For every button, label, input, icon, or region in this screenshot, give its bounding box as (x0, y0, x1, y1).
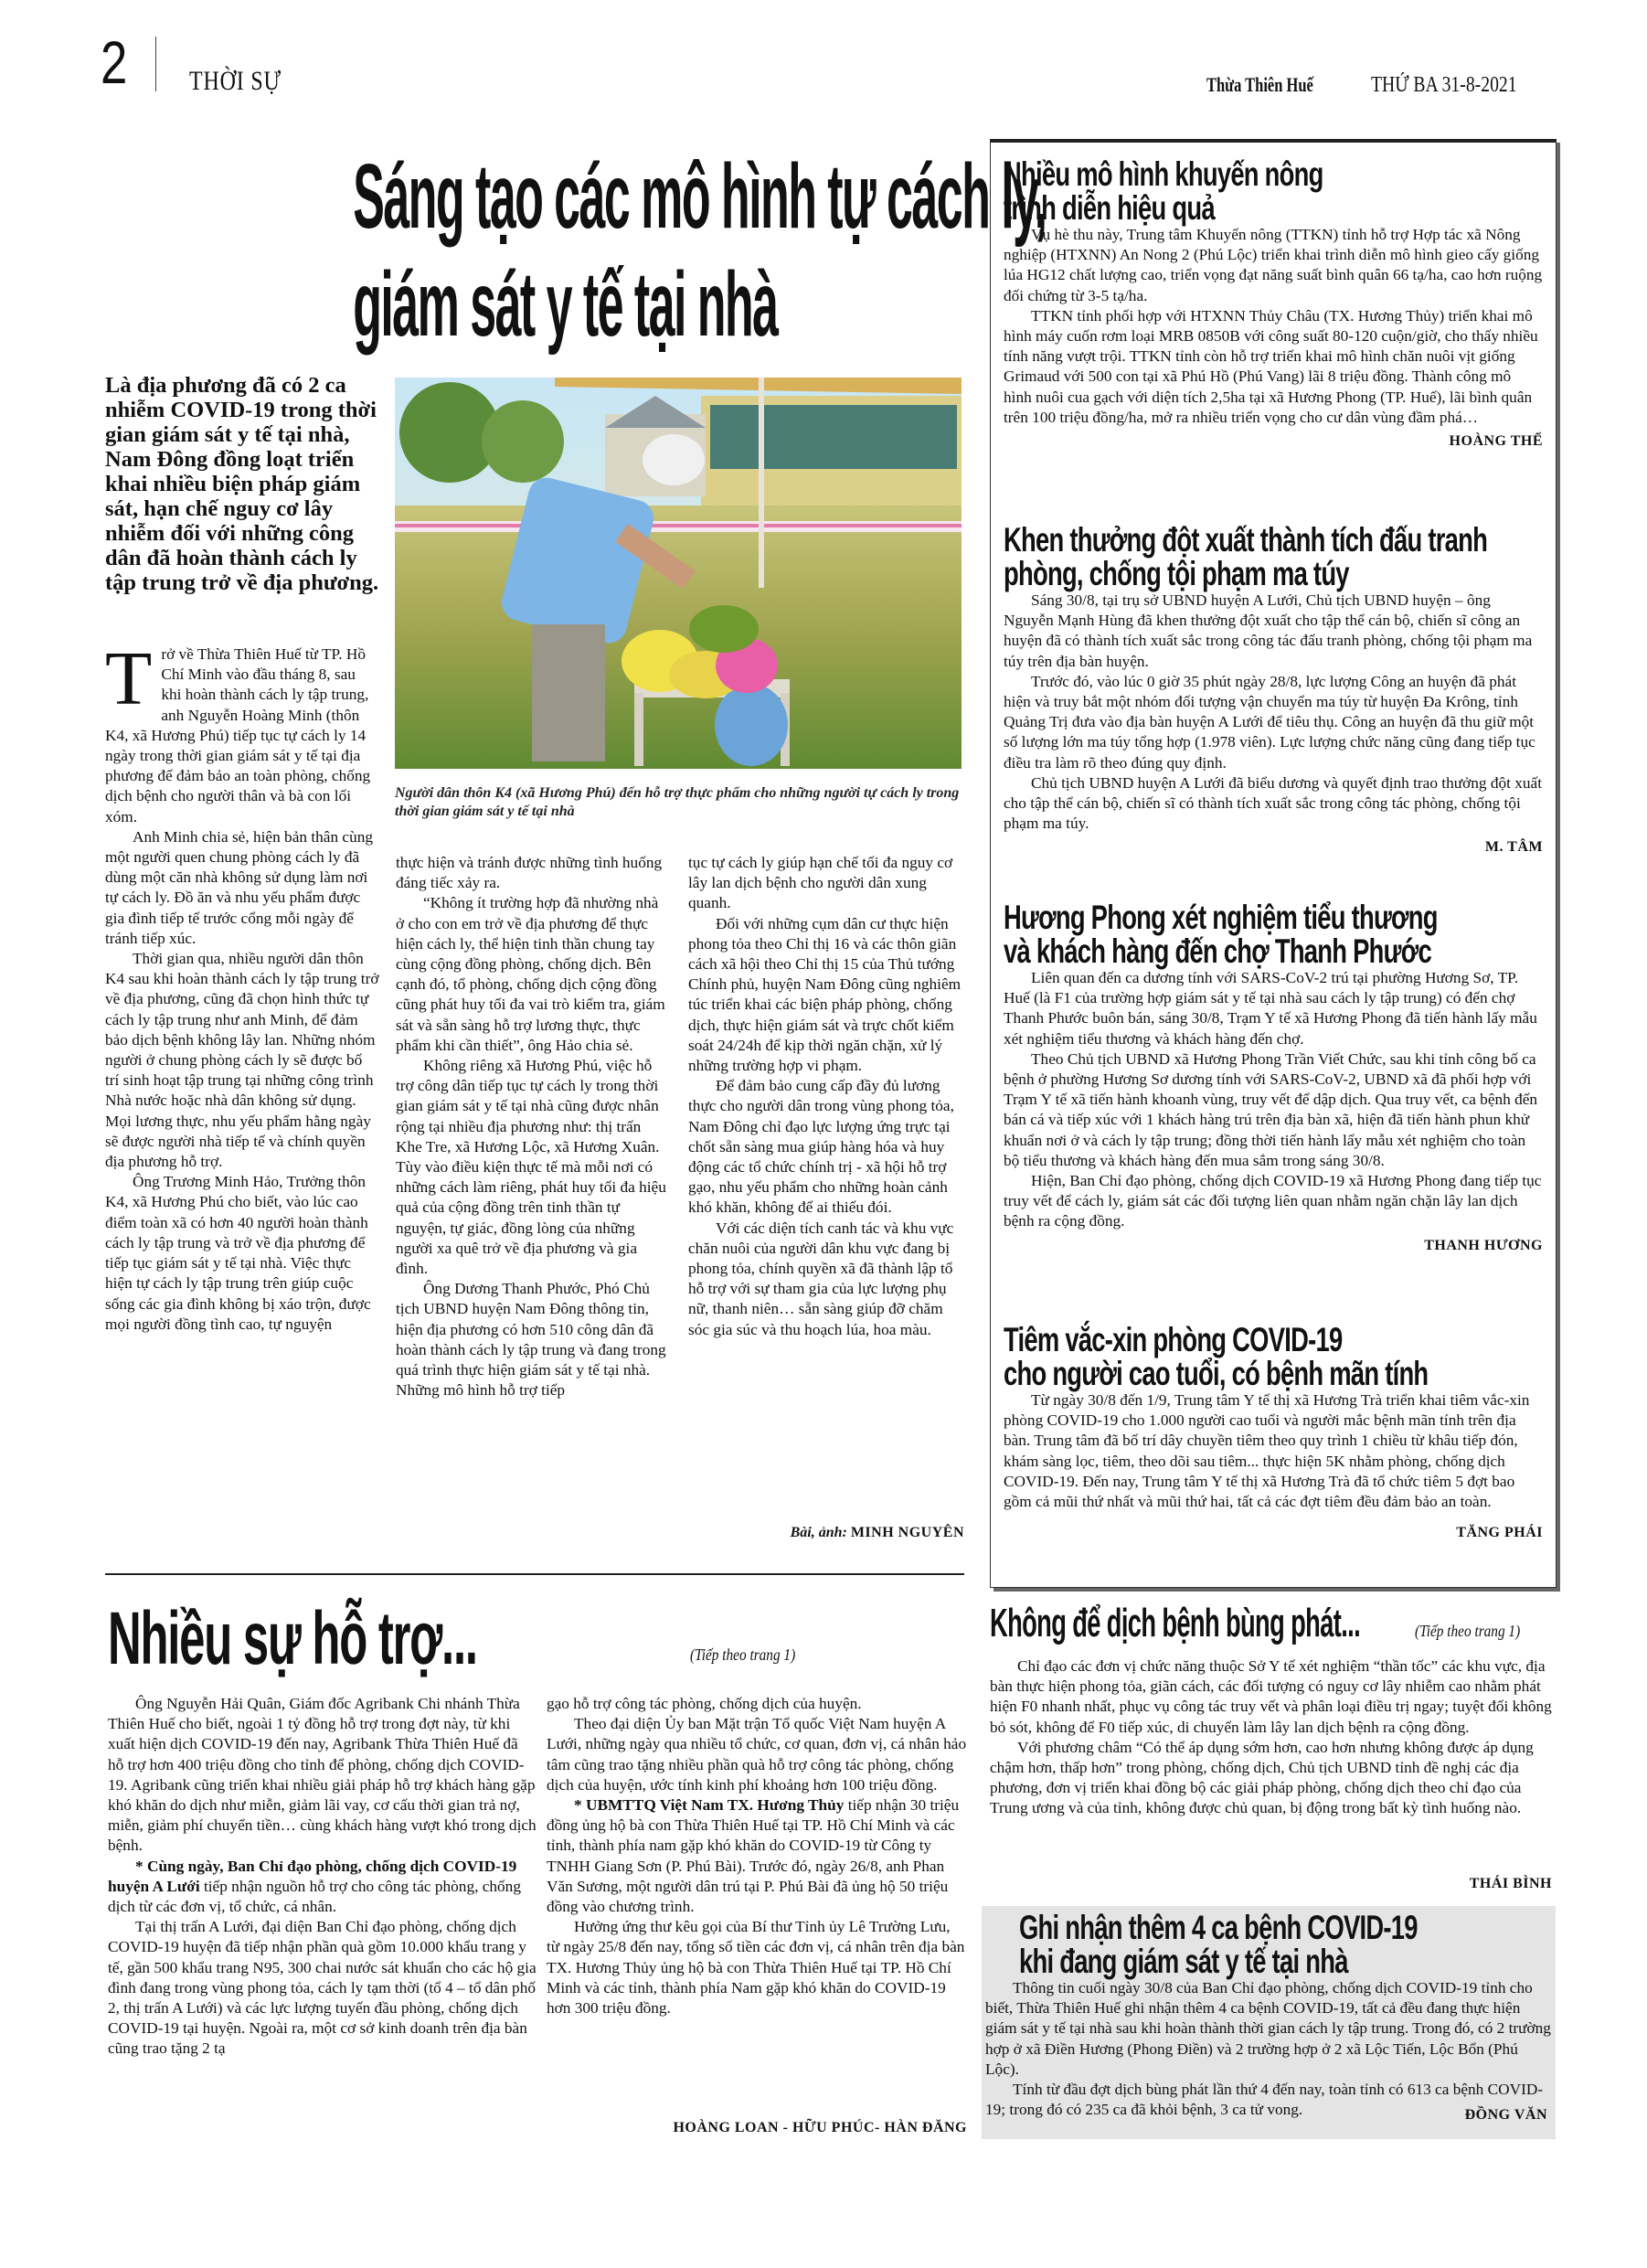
article-column-1: Trở về Thừa Thiên Huế từ TP. Hồ Chí Minh… (105, 644, 379, 1335)
article-paragraph: gạo hỗ trợ công tác phòng, chống dịch củ… (547, 1694, 967, 1714)
brief-body: Vụ hè thu này, Trung tâm Khuyến nông (TT… (1004, 225, 1543, 428)
bold-lead: * UBMTTQ Việt Nam TX. Hương Thủy (574, 1796, 844, 1814)
brief-paragraph: TTKN tỉnh phối hợp với HTXNN Thủy Châu (… (1004, 306, 1543, 428)
continued-headline: Nhiều sự hỗ trợ... (108, 1602, 477, 1677)
continued-column-1: Ông Nguyễn Hải Quân, Giám đốc Agribank C… (108, 1694, 537, 2060)
article-column-3: tục tự cách ly giúp hạn chế tối đa nguy … (688, 853, 962, 1340)
main-headline-line1: Sáng tạo các mô hình tự cách ly, (353, 151, 771, 242)
article-paragraph: tục tự cách ly giúp hạn chế tối đa nguy … (688, 853, 962, 914)
highlight-headline: Ghi nhận thêm 4 ca bệnh COVID-19 khi đan… (1019, 1911, 1418, 1978)
brief-body: Liên quan đến ca dương tính với SARS-CoV… (1004, 968, 1543, 1232)
article-paragraph: Theo đại diện Ủy ban Mặt trận Tổ quốc Vi… (547, 1714, 967, 1795)
brief-paragraph: Liên quan đến ca dương tính với SARS-CoV… (1004, 968, 1543, 1049)
article-photo (395, 378, 962, 769)
brief-paragraph: Chủ tịch UBND huyện A Lưới đã biểu dương… (1004, 773, 1543, 835)
article-paragraph: Thông tin cuối ngày 30/8 của Ban Chỉ đạo… (985, 1978, 1552, 2080)
article-paragraph: Đối với những cụm dân cư thực hiện phong… (688, 914, 962, 1077)
article-paragraph: Ông Trương Minh Hảo, Trưởng thôn K4, xã … (105, 1172, 379, 1335)
brief-headline: Tiêm vắc-xin phòng COVID-19 cho người ca… (1004, 1323, 1403, 1390)
headline-line: Nhiều mô hình khuyến nông (1004, 157, 1403, 191)
drop-cap: T (105, 644, 161, 708)
continued-body-2: Chỉ đạo các đơn vị chức năng thuộc Sở Y … (990, 1656, 1558, 1819)
article-paragraph: * UBMTTQ Việt Nam TX. Hương Thủy tiếp nh… (547, 1795, 967, 1917)
header-divider (155, 37, 156, 91)
brief-paragraph: Trước đó, vào lúc 0 giờ 35 phút ngày 28/… (1004, 672, 1543, 773)
brief-paragraph: Theo Chủ tịch UBND xã Hương Phong Trần V… (1004, 1049, 1543, 1171)
continued-byline: HOÀNG LOAN - HỮU PHÚC- HÀN ĐĂNG (547, 2120, 967, 2136)
article-paragraph: Tại thị trấn A Lưới, đại diện Ban Chỉ đạ… (108, 1917, 537, 2059)
brief-body: Sáng 30/8, tại trụ sở UBND huyện A Lưới,… (1004, 591, 1543, 834)
brief-byline: HOÀNG THẾ (1004, 433, 1543, 450)
brief-headline: Khen thưởng đột xuất thành tích đấu tran… (1004, 523, 1403, 591)
byline-label: Bài, ảnh: (791, 1525, 847, 1540)
brief-body: Từ ngày 30/8 đến 1/9, Trung tâm Y tế thị… (1004, 1390, 1543, 1512)
brief-paragraph: Từ ngày 30/8 đến 1/9, Trung tâm Y tế thị… (1004, 1390, 1543, 1512)
article-paragraph: Ông Dương Thanh Phước, Phó Chủ tịch UBND… (396, 1279, 670, 1400)
article-column-2: thực hiện và tránh được những tình huống… (396, 853, 670, 1400)
brief-story-4: Tiêm vắc-xin phòng COVID-19 cho người ca… (1004, 1323, 1543, 1541)
continued-column-2: gạo hỗ trợ công tác phòng, chống dịch củ… (547, 1694, 967, 2018)
paragraph-text: tiếp nhận 30 triệu đồng ủng hộ bà con Th… (547, 1796, 959, 1915)
article-paragraph: thực hiện và tránh được những tình huống… (396, 853, 670, 893)
headline-line: cho người cao tuổi, có bệnh mãn tính (1004, 1357, 1403, 1390)
article-paragraph: Anh Minh chia sẻ, hiện bản thân cùng một… (105, 827, 379, 949)
article-paragraph: Hưởng ứng thư kêu gọi của Bí thư Tỉnh ủy… (547, 1917, 967, 2018)
photo-caption: Người dân thôn K4 (xã Hương Phú) đến hỗ … (395, 784, 962, 821)
brief-story-2: Khen thưởng đột xuất thành tích đấu tran… (1004, 523, 1543, 856)
article-paragraph: Trở về Thừa Thiên Huế từ TP. Hồ Chí Minh… (105, 644, 379, 827)
article-paragraph: Với các diện tích canh tác và khu vực ch… (688, 1219, 962, 1340)
brief-byline: THANH HƯƠNG (1004, 1238, 1543, 1254)
lead-paragraph: Là địa phương đã có 2 ca nhiễm COVID-19 … (105, 373, 384, 595)
headline-line: trình diễn hiệu quả (1004, 191, 1403, 225)
photo-illustration (395, 378, 962, 769)
continued-note-2: (Tiếp theo trang 1) (1415, 1622, 1520, 1641)
article-divider (105, 1573, 964, 1575)
highlight-byline: ĐỒNG VĂN (985, 2107, 1547, 2124)
headline-line: Ghi nhận thêm 4 ca bệnh COVID-19 (1019, 1911, 1418, 1944)
article-paragraph: Ông Nguyễn Hải Quân, Giám đốc Agribank C… (108, 1694, 537, 1857)
brief-story-3: Hương Phong xét nghiệm tiểu thương và kh… (1004, 900, 1543, 1254)
headline-line: Khen thưởng đột xuất thành tích đấu tran… (1004, 523, 1403, 557)
brief-headline: Nhiều mô hình khuyến nông trình diễn hiệ… (1004, 157, 1403, 225)
brief-headline: Hương Phong xét nghiệm tiểu thương và kh… (1004, 900, 1403, 968)
article-paragraph: Để đảm bảo cung cấp đầy đủ lương thực ch… (688, 1076, 962, 1218)
headline-line: khi đang giám sát y tế tại nhà (1019, 1944, 1418, 1978)
continued-note: (Tiếp theo trang 1) (690, 1645, 795, 1665)
article-byline: Bài, ảnh: MINH NGUYÊN (695, 1525, 964, 1541)
highlight-body: Thông tin cuối ngày 30/8 của Ban Chỉ đạo… (985, 1978, 1552, 2120)
headline-line: và khách hàng đến chợ Thanh Phước (1004, 934, 1403, 968)
continued-byline-2: THÁI BÌNH (990, 1876, 1552, 1892)
brief-story-1: Nhiều mô hình khuyến nông trình diễn hiệ… (1004, 157, 1543, 450)
brief-byline: TĂNG PHÁI (1004, 1525, 1543, 1541)
masthead-name: Thừa Thiên Huế (1206, 73, 1313, 97)
brief-paragraph: Vụ hè thu này, Trung tâm Khuyến nông (TT… (1004, 225, 1543, 306)
headline-line: phòng, chống tội phạm ma túy (1004, 557, 1403, 591)
issue-date: THỨ BA 31-8-2021 (1371, 73, 1517, 98)
main-headline-line2: giám sát y tế tại nhà (353, 259, 771, 350)
article-paragraph: Không riêng xã Hương Phú, việc hỗ trợ cô… (396, 1056, 670, 1279)
page-number: 2 (101, 32, 127, 92)
continued-headline-2: Không để dịch bệnh bùng phát... (990, 1603, 1360, 1644)
section-label: THỜI SỰ (189, 66, 282, 97)
brief-paragraph: Sáng 30/8, tại trụ sở UBND huyện A Lưới,… (1004, 591, 1543, 672)
article-paragraph: Với phương châm “Có thể áp dụng sớm hơn,… (990, 1738, 1558, 1819)
headline-line: Hương Phong xét nghiệm tiểu thương (1004, 900, 1403, 934)
headline-line: Tiêm vắc-xin phòng COVID-19 (1004, 1323, 1403, 1357)
brief-paragraph: Hiện, Ban Chỉ đạo phòng, chống dịch COVI… (1004, 1171, 1543, 1232)
article-paragraph: Chỉ đạo các đơn vị chức năng thuộc Sở Y … (990, 1656, 1558, 1738)
article-paragraph: * Cùng ngày, Ban Chỉ đạo phòng, chống dị… (108, 1857, 537, 1918)
article-paragraph: Thời gian qua, nhiều người dân thôn K4 s… (105, 949, 379, 1172)
brief-byline: M. TÂM (1004, 839, 1543, 856)
main-headline: Sáng tạo các mô hình tự cách ly, giám sá… (160, 151, 964, 350)
byline-name: MINH NGUYÊN (851, 1525, 964, 1540)
article-paragraph: “Không ít trường hợp đã nhường nhà ở cho… (396, 893, 670, 1056)
